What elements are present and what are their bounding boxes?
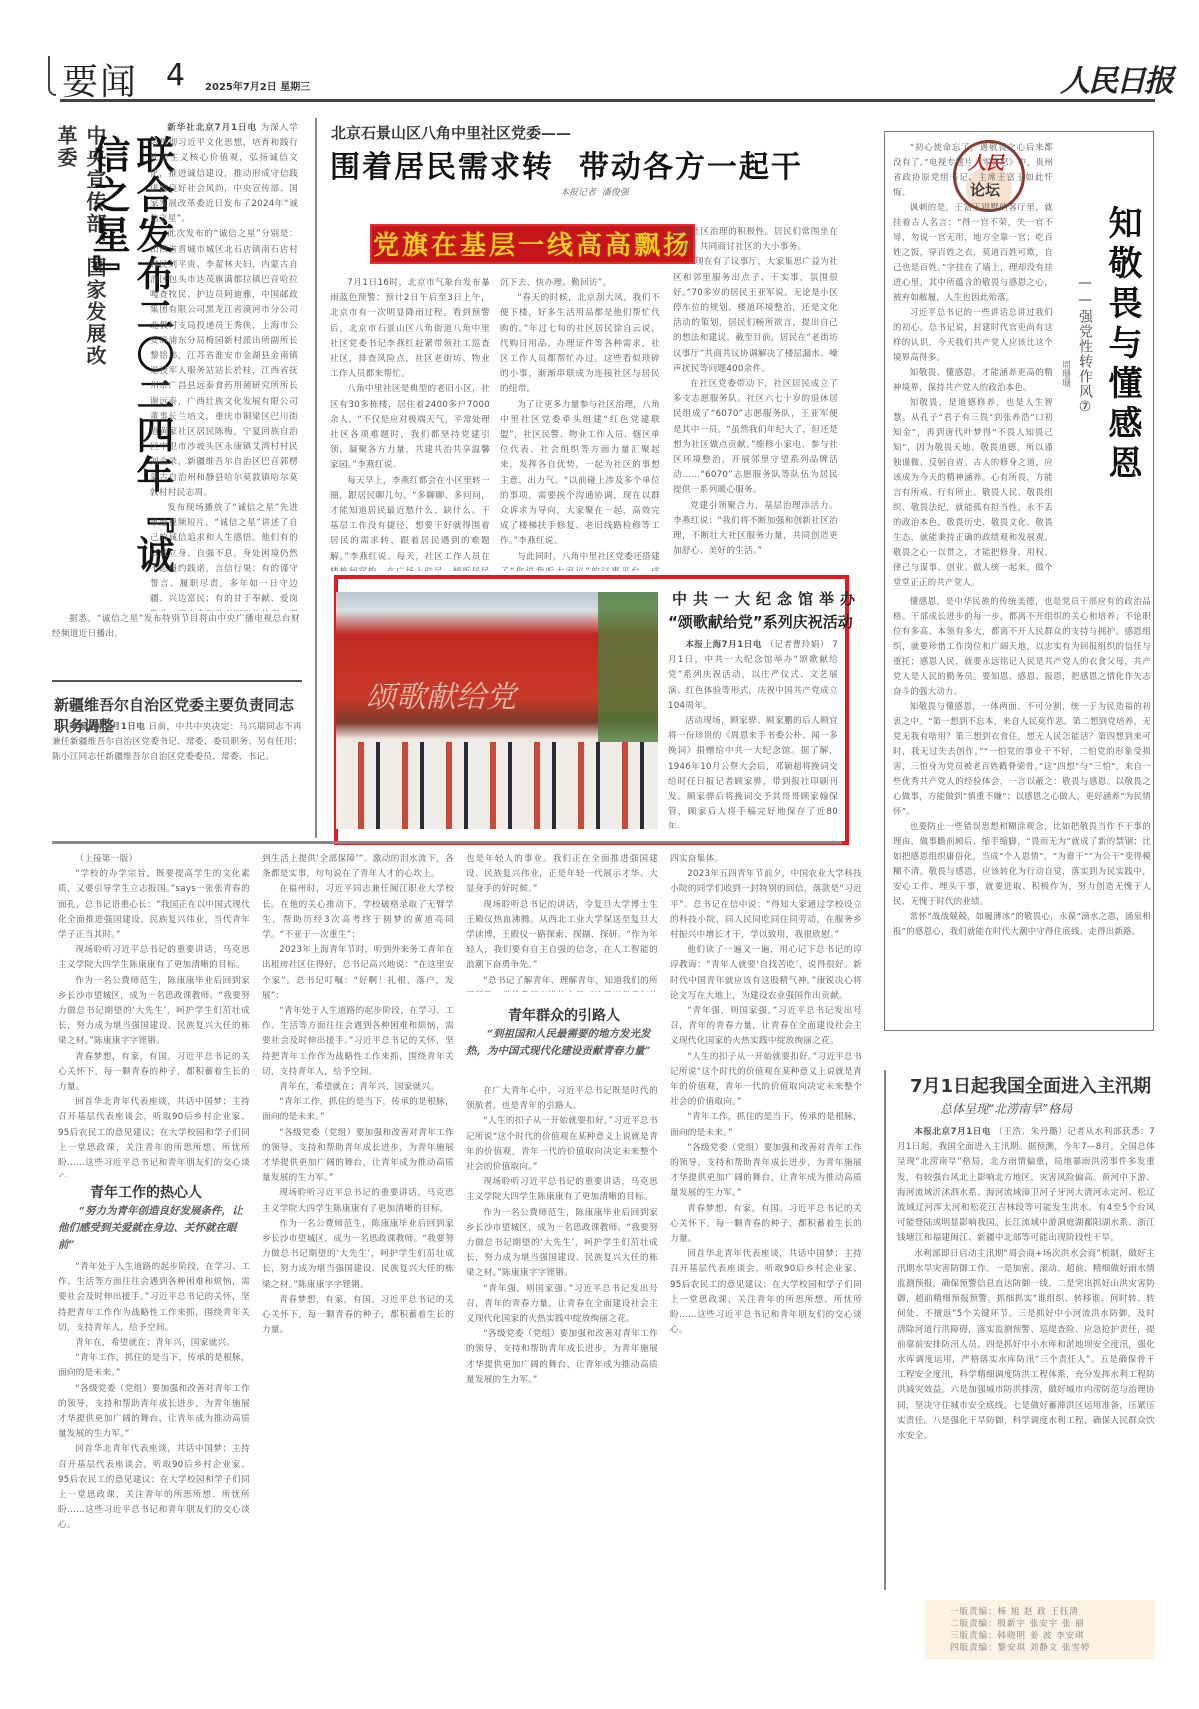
community-kicker: 北京石景山区八角中里社区党委—— bbox=[331, 122, 571, 143]
youth-col-2: 到生活上提供‘全部保障’”。激动的泪水流下，各条都是实事，句句说在了青年人才的心… bbox=[262, 852, 454, 1682]
editor-line: 四版责编：黎安琪 刘静文 张雪婷 bbox=[925, 1642, 1155, 1654]
masthead-bracket bbox=[48, 56, 56, 96]
youth-col-1: （上接第一版） “学校的办学宗旨，既要提高学生的文化素质，又要引导学生立志报国。… bbox=[58, 852, 250, 1177]
issue-date: 2025年7月2日 星期三 bbox=[205, 78, 310, 93]
continued-label: （上接第一版） bbox=[58, 852, 250, 867]
photo-children-choir: 颂歌献给党 bbox=[336, 592, 658, 829]
youth-col-3: 也是年轻人的事业。我们正在全面推进强国建设、民族复兴伟业，正是年轻一代展示才华、… bbox=[466, 852, 658, 992]
flood-subheadline: 总体呈现“北涝南旱”格局 bbox=[940, 1100, 1072, 1117]
photo-children bbox=[336, 742, 658, 829]
youth-section1-quote: “努力为青年创造良好发展条件，让他们感受到关爱就在身边、关怀就在眼前” bbox=[58, 1203, 250, 1254]
luntan-body: “初心使命忘了，遇敬畏之心后来都没有了。”电视专题片《零容忍》中，贵州省政协原党… bbox=[893, 140, 1053, 590]
party-flag-banner: 党旗在基层一线高高飘扬 bbox=[370, 224, 695, 264]
page-number: 4 bbox=[166, 58, 185, 93]
youth-section1-title: 青年工作的热心人 bbox=[90, 1182, 202, 1202]
editor-line: 一版责编：杨 旭 赵 政 王钰清 bbox=[925, 1600, 1155, 1618]
flood-headline: 7月1日起我国全面进入主汛期 bbox=[910, 1072, 1151, 1098]
community-col-2: 沉下去、快办理、勤回访”。 “春天的时候，北京刮大风，我们不便下楼，好多生活用品… bbox=[500, 276, 660, 571]
xinjiang-body: 本报北京7月1日电 日前，中共中央决定：马兴瑞同志不再兼任新疆维吾尔自治区党委书… bbox=[52, 720, 302, 766]
integrity-body: 新华社北京7月1日电 为深入学习贯彻习近平文化思想，培育和践行社会主义核心价值观… bbox=[150, 121, 298, 611]
youth-col-3b: 在广大青年心中，习近平总书记既是时代的领航者，也是青年的引路人。 “人生的扣子从… bbox=[466, 1084, 658, 1682]
editors-box: 一版责编：杨 旭 赵 政 王钰清 二版责编：殷新宇 张安宇 张 丽 三版责编：韩… bbox=[925, 1600, 1155, 1660]
memorial-headline-1: 中共一大纪念馆举办 bbox=[672, 588, 861, 609]
memorial-body: 本报上海7月1日电 （记者曹玲娟） 7月1日，中共一大纪念馆举办“颂歌献给党”系… bbox=[668, 638, 838, 828]
community-col-1: 7月1日16时，北京市气象台发布暴雨蓝色预警：预计2日午后至3日上午，北京市有一… bbox=[330, 276, 490, 571]
column-divider bbox=[315, 118, 317, 838]
integrity-body-tail: 据悉，“诚信之星”发布特别节目将由中央广播电视总台财经频道近日播出。 bbox=[52, 612, 300, 672]
community-col-3: 参与社区治理的积极性。居民们常围坐在一起，共同商讨社区的大小事务。 “现在有了议… bbox=[673, 225, 838, 571]
section-name: 要闻 bbox=[62, 54, 138, 105]
masthead-rule bbox=[60, 99, 1155, 102]
section-divider bbox=[52, 841, 842, 844]
community-headline: 围着居民需求转 带动各方一起干 bbox=[330, 142, 803, 186]
youth-section2-title: 青年群众的引路人 bbox=[508, 1005, 620, 1025]
luntan-author: 周珊珊 bbox=[1059, 360, 1072, 400]
divider bbox=[52, 680, 302, 682]
photo-sign-text: 颂歌献给党 bbox=[366, 672, 516, 716]
youth-section2-quote: “到祖国和人民最需要的地方发光发热，为中国式现代化建设贡献青春力量” bbox=[466, 1026, 658, 1060]
community-byline: 本报记者 潘俊强 bbox=[560, 185, 629, 198]
luntan-body-lower: 懂感恩，是中华民族的传统美德，也是党员干部应有的政治品格。干部成长进步的每一步，… bbox=[893, 594, 1151, 1026]
luntan-headline: 知敬畏与懂感恩 bbox=[1098, 205, 1147, 525]
editor-line: 二版责编：殷新宇 张安宇 张 丽 bbox=[925, 1618, 1155, 1630]
luntan-subheadline: ——强党性转作风⑦ bbox=[1075, 275, 1095, 475]
integrity-dateline: 新华社北京7月1日电 bbox=[167, 123, 257, 133]
flood-body: 本报北京7月1日电 （王浩、朱丹璐）记者从水利部获悉：7月1日起，我国全面进入主… bbox=[897, 1125, 1155, 1590]
paper-logo: 人民日报 bbox=[1060, 56, 1172, 100]
editor-line: 三版责编：韩晓明 姜 波 李安琪 bbox=[925, 1630, 1155, 1642]
youth-col-1b: “青年处于人生道路的起步阶段，在学习、工作、生活等方面往往会遇到各种困难和烦恼，… bbox=[58, 1260, 250, 1680]
memorial-headline-2: “颂歌献给党”系列庆祝活动 bbox=[668, 611, 853, 632]
column-divider bbox=[884, 1070, 886, 1590]
youth-col-4: 四实奋集体。 2023年五四青年节前夕，中国农业大学科技小院的同学们收到一封特别… bbox=[670, 852, 862, 1682]
